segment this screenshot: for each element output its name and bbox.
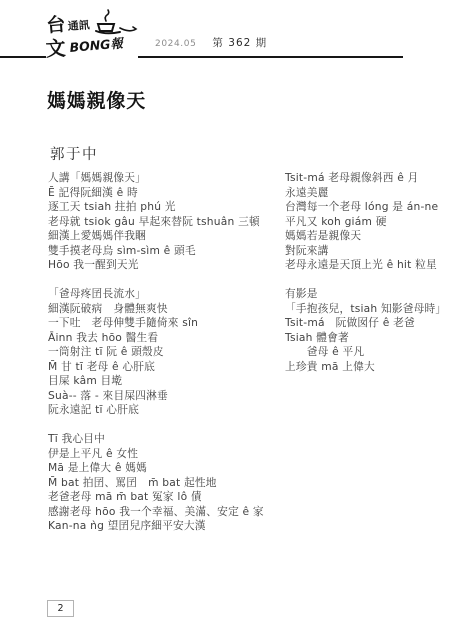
poem-line: Mā 是上偉大 ê 媽媽 [48,461,293,476]
article-author: 郭于中 [50,143,98,164]
poem-stanza: 「爸母疼囝長流水」細漢阮破病 身體無爽快一下吐 老母伸雙手隨倚來 sînĀinn… [48,287,293,418]
poem-line: 逐工天 tsiah 拄拍 phú 光 [48,200,293,215]
issue-number: 第 362 期 [212,35,267,50]
poem-line: 對阮來講 [285,244,450,259]
poem-line: Āinn 我去 hōo 醫生看 [48,331,293,346]
poem-line: 老爸老母 mā m̄ bat 冤家 lô 債 [48,490,293,505]
magazine-page: 台 文 通訊 BONG報 2024.05 第 362 期 媽媽親像天 郭于中 人… [0,0,453,640]
poem-line: 阮永遠記 tī 心肝底 [48,403,293,418]
magazine-logo: 台 文 通訊 BONG報 [46,8,138,60]
poem-line: 媽媽若是親像天 [285,229,450,244]
poem-line: Tsit-má 老母親像斜西 ê 月 [285,171,450,186]
logo-char-top: 台 [46,12,66,37]
steaming-pot-doodle-icon [96,10,136,33]
poem-line: 雙手摸老母烏 sìm-sìm ê 頭毛 [48,244,293,259]
poem-line: 細漢阮破病 身體無爽快 [48,302,293,317]
poem-stanza: Tsit-má 老母親像斜西 ê 月永遠美麗台灣每一个老母 lóng 是 án-… [285,171,450,273]
poem-stanza: Tī 我心目中伊是上平凡 ê 女性Mā 是上偉大 ê 媽媽M̄ bat 拍囝、罵… [48,432,293,534]
poem-line: Kan-na ǹg 望囝兒序細平安大漢 [48,519,293,534]
logo-name-label: BONG報 [69,35,126,55]
poem-line: 伊是上平凡 ê 女性 [48,447,293,462]
logo-sub-label: 通訊 [67,17,90,33]
issue-date: 2024.05 [155,39,196,49]
poem-line: Ē 記得阮細漢 ê 時 [48,186,293,201]
poem-column-right: Tsit-má 老母親像斜西 ê 月永遠美麗台灣每一个老母 lóng 是 án-… [285,171,450,374]
poem-line: 上珍貴 mā 上偉大 [285,360,450,375]
poem-line: 平凡又 koh giám 硬 [285,215,450,230]
poem-line: 老母永遠是天頂上光 ê hit 粒星 [285,258,450,273]
poem-line: M̄ bat 拍囝、罵囝 m̄ bat 起性地 [48,476,293,491]
poem-line: 細漢上愛媽媽伴我睏 [48,229,293,244]
poem-line: 老母就 tsiok gâu 早起來替阮 tshuân 三頓 [48,215,293,230]
poem-line: 人講「媽媽親像天」 [48,171,293,186]
poem-line: 有影是 [285,287,450,302]
bong-po-logo-icon: 台 文 通訊 BONG報 [46,8,138,60]
header-meta: 2024.05 第 362 期 [155,35,267,50]
poem-line: Tī 我心目中 [48,432,293,447]
poem-line: 一下吐 老母伸雙手隨倚來 sîn [48,316,293,331]
logo-char-bottom: 文 [46,36,66,60]
poem-line: M̄ 甘 tī 老母 ê 心肝底 [48,360,293,375]
poem-line: 爸母 ê 平凡 [285,345,450,360]
poem-stanza: 有影是「手抱孩兒，tsiah 知影爸母時」Tsit-má 阮做囡仔 ê 老爸Ts… [285,287,450,374]
poem-line: 永遠美麗 [285,186,450,201]
poem-line: 目屎 kâm 目墘 [48,374,293,389]
poem-line: Tsit-má 阮做囡仔 ê 老爸 [285,316,450,331]
page-number: 2 [47,600,74,617]
poem-line: Tsiah 體會著 [285,331,450,346]
poem-line: Suà-- 落 - 來目屎四淋垂 [48,389,293,404]
poem-line: 台灣每一个老母 lóng 是 án-ne [285,200,450,215]
poem-column-left: 人講「媽媽親像天」Ē 記得阮細漢 ê 時逐工天 tsiah 拄拍 phú 光老母… [48,171,293,534]
poem-line: Hōo 我一醒到天光 [48,258,293,273]
poem-line: 「爸母疼囝長流水」 [48,287,293,302]
poem-line: 一筒射注 tī 阮 ê 頭殼皮 [48,345,293,360]
article-title: 媽媽親像天 [47,86,146,113]
poem-line: 「手抱孩兒，tsiah 知影爸母時」 [285,302,450,317]
poem-line: 感謝老母 hōo 我一个幸福、美滿、安定 ê 家 [48,505,293,520]
poem-stanza: 人講「媽媽親像天」Ē 記得阮細漢 ê 時逐工天 tsiah 拄拍 phú 光老母… [48,171,293,273]
